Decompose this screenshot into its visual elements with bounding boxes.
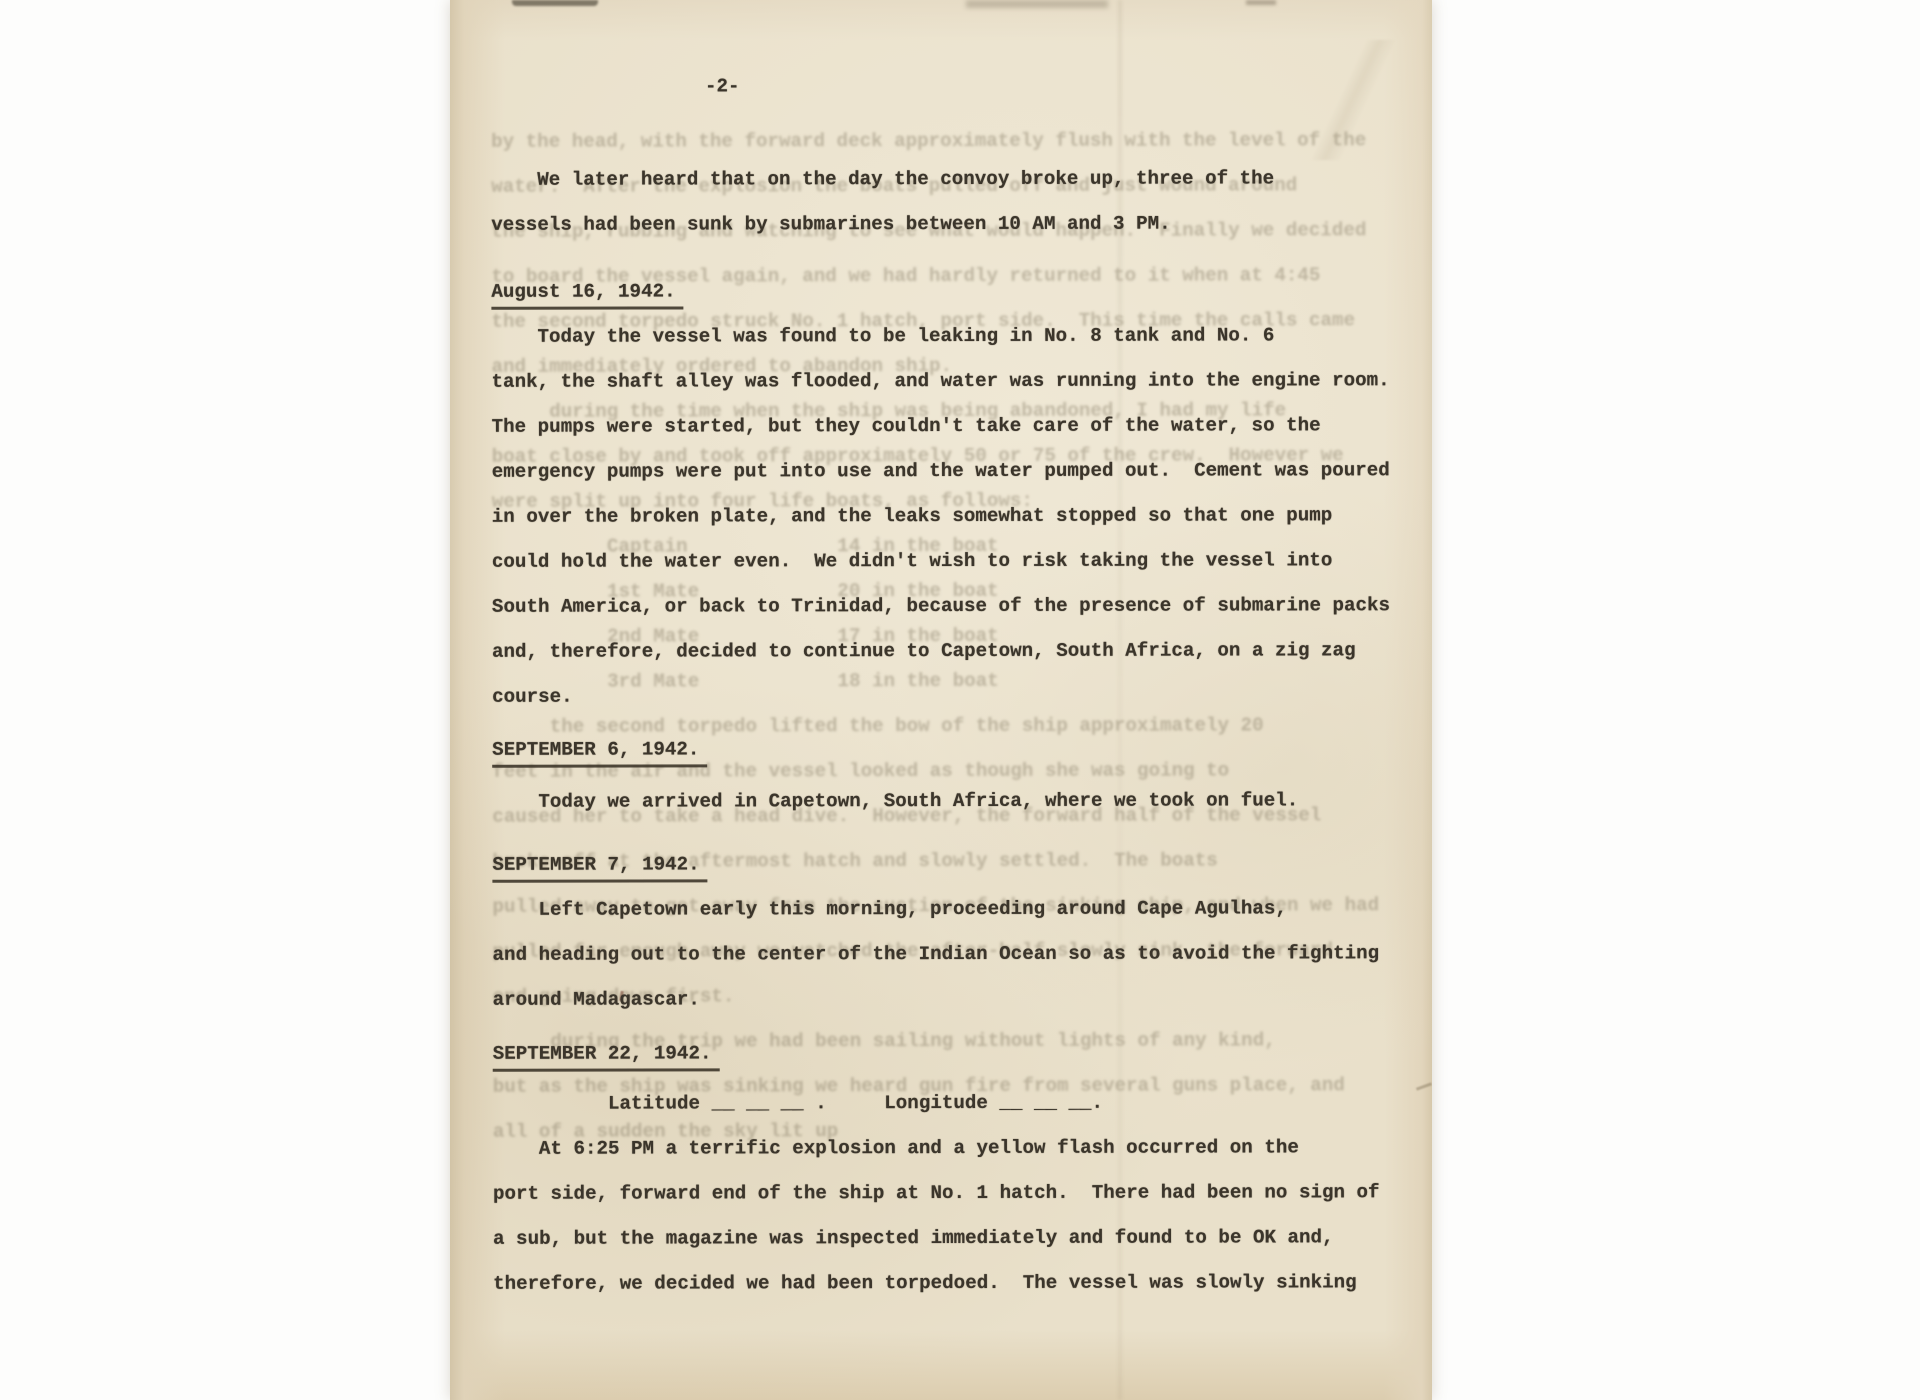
body-line: South America, or back to Trinidad, beca… [492, 583, 1417, 630]
body-line: a sub, but the magazine was inspected im… [493, 1215, 1418, 1262]
body-line: Today we arrived in Capetown, South Afri… [492, 778, 1417, 825]
body-line: and, therefore, decided to continue to C… [492, 628, 1417, 675]
paragraph-block: Latitude __ __ __ . Longitude __ __ __. [493, 1080, 1418, 1127]
scanned-document-screenshot: { "colors": { "background": "#fdfdfc", "… [0, 0, 1920, 1400]
body-line: Left Capetown early this morning, procee… [492, 886, 1417, 933]
body-line: emergency pumps were put into use and th… [492, 448, 1417, 495]
body-line: port side, forward end of the ship at No… [493, 1170, 1418, 1217]
typed-text-layer: -2- We later heard that on the day the c… [491, 0, 1418, 1307]
body-line: around Madagascar. [493, 976, 1418, 1023]
body-line: could hold the water even. We didn't wis… [492, 538, 1417, 585]
body-line: Latitude __ __ __ . Longitude __ __ __. [493, 1080, 1418, 1127]
page-number: -2- [705, 75, 740, 97]
date-heading-block: SEPTEMBER 6, 1942. [492, 726, 1417, 773]
paragraph-block: Left Capetown early this morning, procee… [492, 886, 1417, 1023]
page-number-block: -2- [491, 63, 1416, 110]
date-heading: SEPTEMBER 7, 1942. [492, 849, 707, 882]
body-line: course. [492, 673, 1417, 720]
date-heading-block: August 16, 1942. [491, 268, 1416, 315]
body-line: We later heard that on the day the convo… [491, 156, 1416, 203]
body-line: in over the broken plate, and the leaks … [492, 493, 1417, 540]
paragraph-block: We later heard that on the day the convo… [491, 156, 1416, 248]
body-line: The pumps were started, but they couldn'… [492, 403, 1417, 450]
date-heading: SEPTEMBER 6, 1942. [492, 734, 707, 767]
body-line: and heading out to the center of the Ind… [492, 931, 1417, 978]
date-heading: SEPTEMBER 22, 1942. [493, 1038, 720, 1071]
date-heading: August 16, 1942. [491, 276, 683, 309]
body-line: tank, the shaft alley was flooded, and w… [491, 358, 1416, 405]
body-line: vessels had been sunk by submarines betw… [491, 201, 1416, 248]
paragraph-block: Today the vessel was found to be leaking… [491, 313, 1417, 720]
date-heading-block: SEPTEMBER 22, 1942. [493, 1030, 1418, 1077]
document-page: by the head, with the forward deck appro… [450, 0, 1432, 1400]
paragraph-block: Today we arrived in Capetown, South Afri… [492, 778, 1417, 825]
body-line: therefore, we decided we had been torped… [493, 1260, 1418, 1307]
date-heading-block: SEPTEMBER 7, 1942. [492, 841, 1417, 888]
body-line: Today the vessel was found to be leaking… [491, 313, 1416, 360]
body-line: At 6:25 PM a terrific explosion and a ye… [493, 1125, 1418, 1172]
paragraph-block: At 6:25 PM a terrific explosion and a ye… [493, 1125, 1418, 1307]
